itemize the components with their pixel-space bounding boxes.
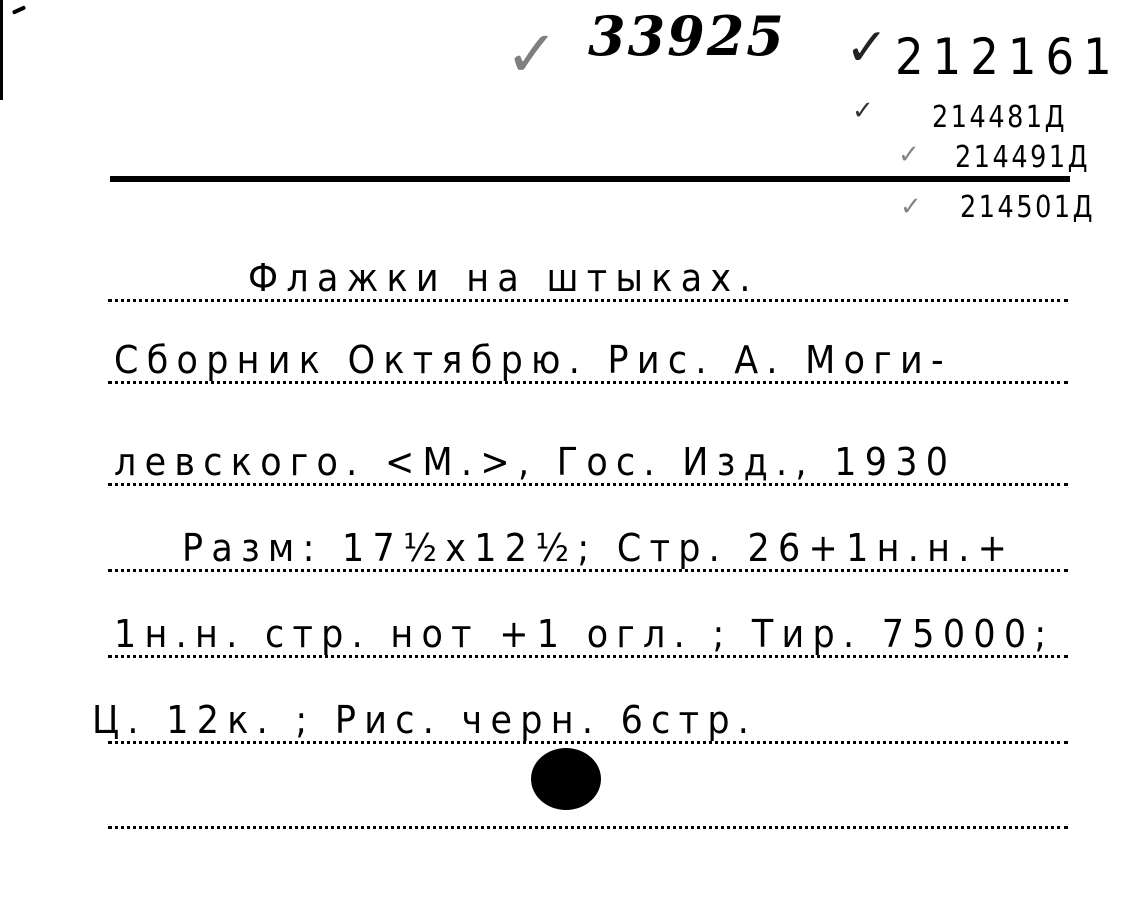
book-title: Флажки на штыках.	[248, 256, 759, 300]
description-line: Сборник Октябрю. Рис. А. Моги-	[108, 334, 1068, 384]
punch-hole	[531, 748, 601, 810]
card-edge	[0, 0, 3, 100]
heading-rule	[110, 176, 1070, 182]
description-line: 1н.н. стр. нот +1 огл. ; Тир. 75000;	[108, 608, 1068, 658]
collection-illustrator: Сборник Октябрю. Рис. А. Моги-	[114, 338, 952, 382]
pages-print-run: 1н.н. стр. нот +1 огл. ; Тир. 75000;	[114, 612, 1054, 656]
check-mark-icon: ✓	[852, 96, 874, 126]
title-line: Флажки на штыках.	[108, 252, 1068, 302]
dotted-rule	[108, 826, 1068, 829]
description-line: Ц. 12к. ; Рис. черн. 6стр.	[108, 694, 1068, 744]
description-line: Разм: 17½x12½; Стр. 26+1н.н.+	[108, 522, 1068, 572]
check-mark-icon: ✓	[505, 18, 559, 92]
publisher-year: левского. <М.>, Гос. Изд., 1930	[114, 440, 956, 484]
inventory-number: 214501Д	[960, 190, 1095, 225]
description-line: левского. <М.>, Гос. Изд., 1930	[108, 436, 1068, 486]
check-mark-icon: ✓	[845, 18, 889, 78]
catalog-card: ✓ 33925 ✓ 212161 ✓ 214481Д ✓ 214491Д ✓ 2…	[0, 0, 1144, 912]
check-mark-icon: ✓	[900, 192, 922, 222]
inventory-number-main: 212161	[895, 28, 1121, 86]
check-mark-icon: ✓	[898, 140, 920, 170]
corner-mark	[12, 5, 26, 15]
size-pages: Разм: 17½x12½; Стр. 26+1н.н.+	[182, 526, 1015, 570]
inventory-number: 214491Д	[955, 140, 1090, 175]
accession-number: 33925	[588, 4, 786, 68]
price-illustrations: Ц. 12к. ; Рис. черн. 6стр.	[92, 698, 757, 742]
inventory-number: 214481Д	[932, 100, 1067, 135]
